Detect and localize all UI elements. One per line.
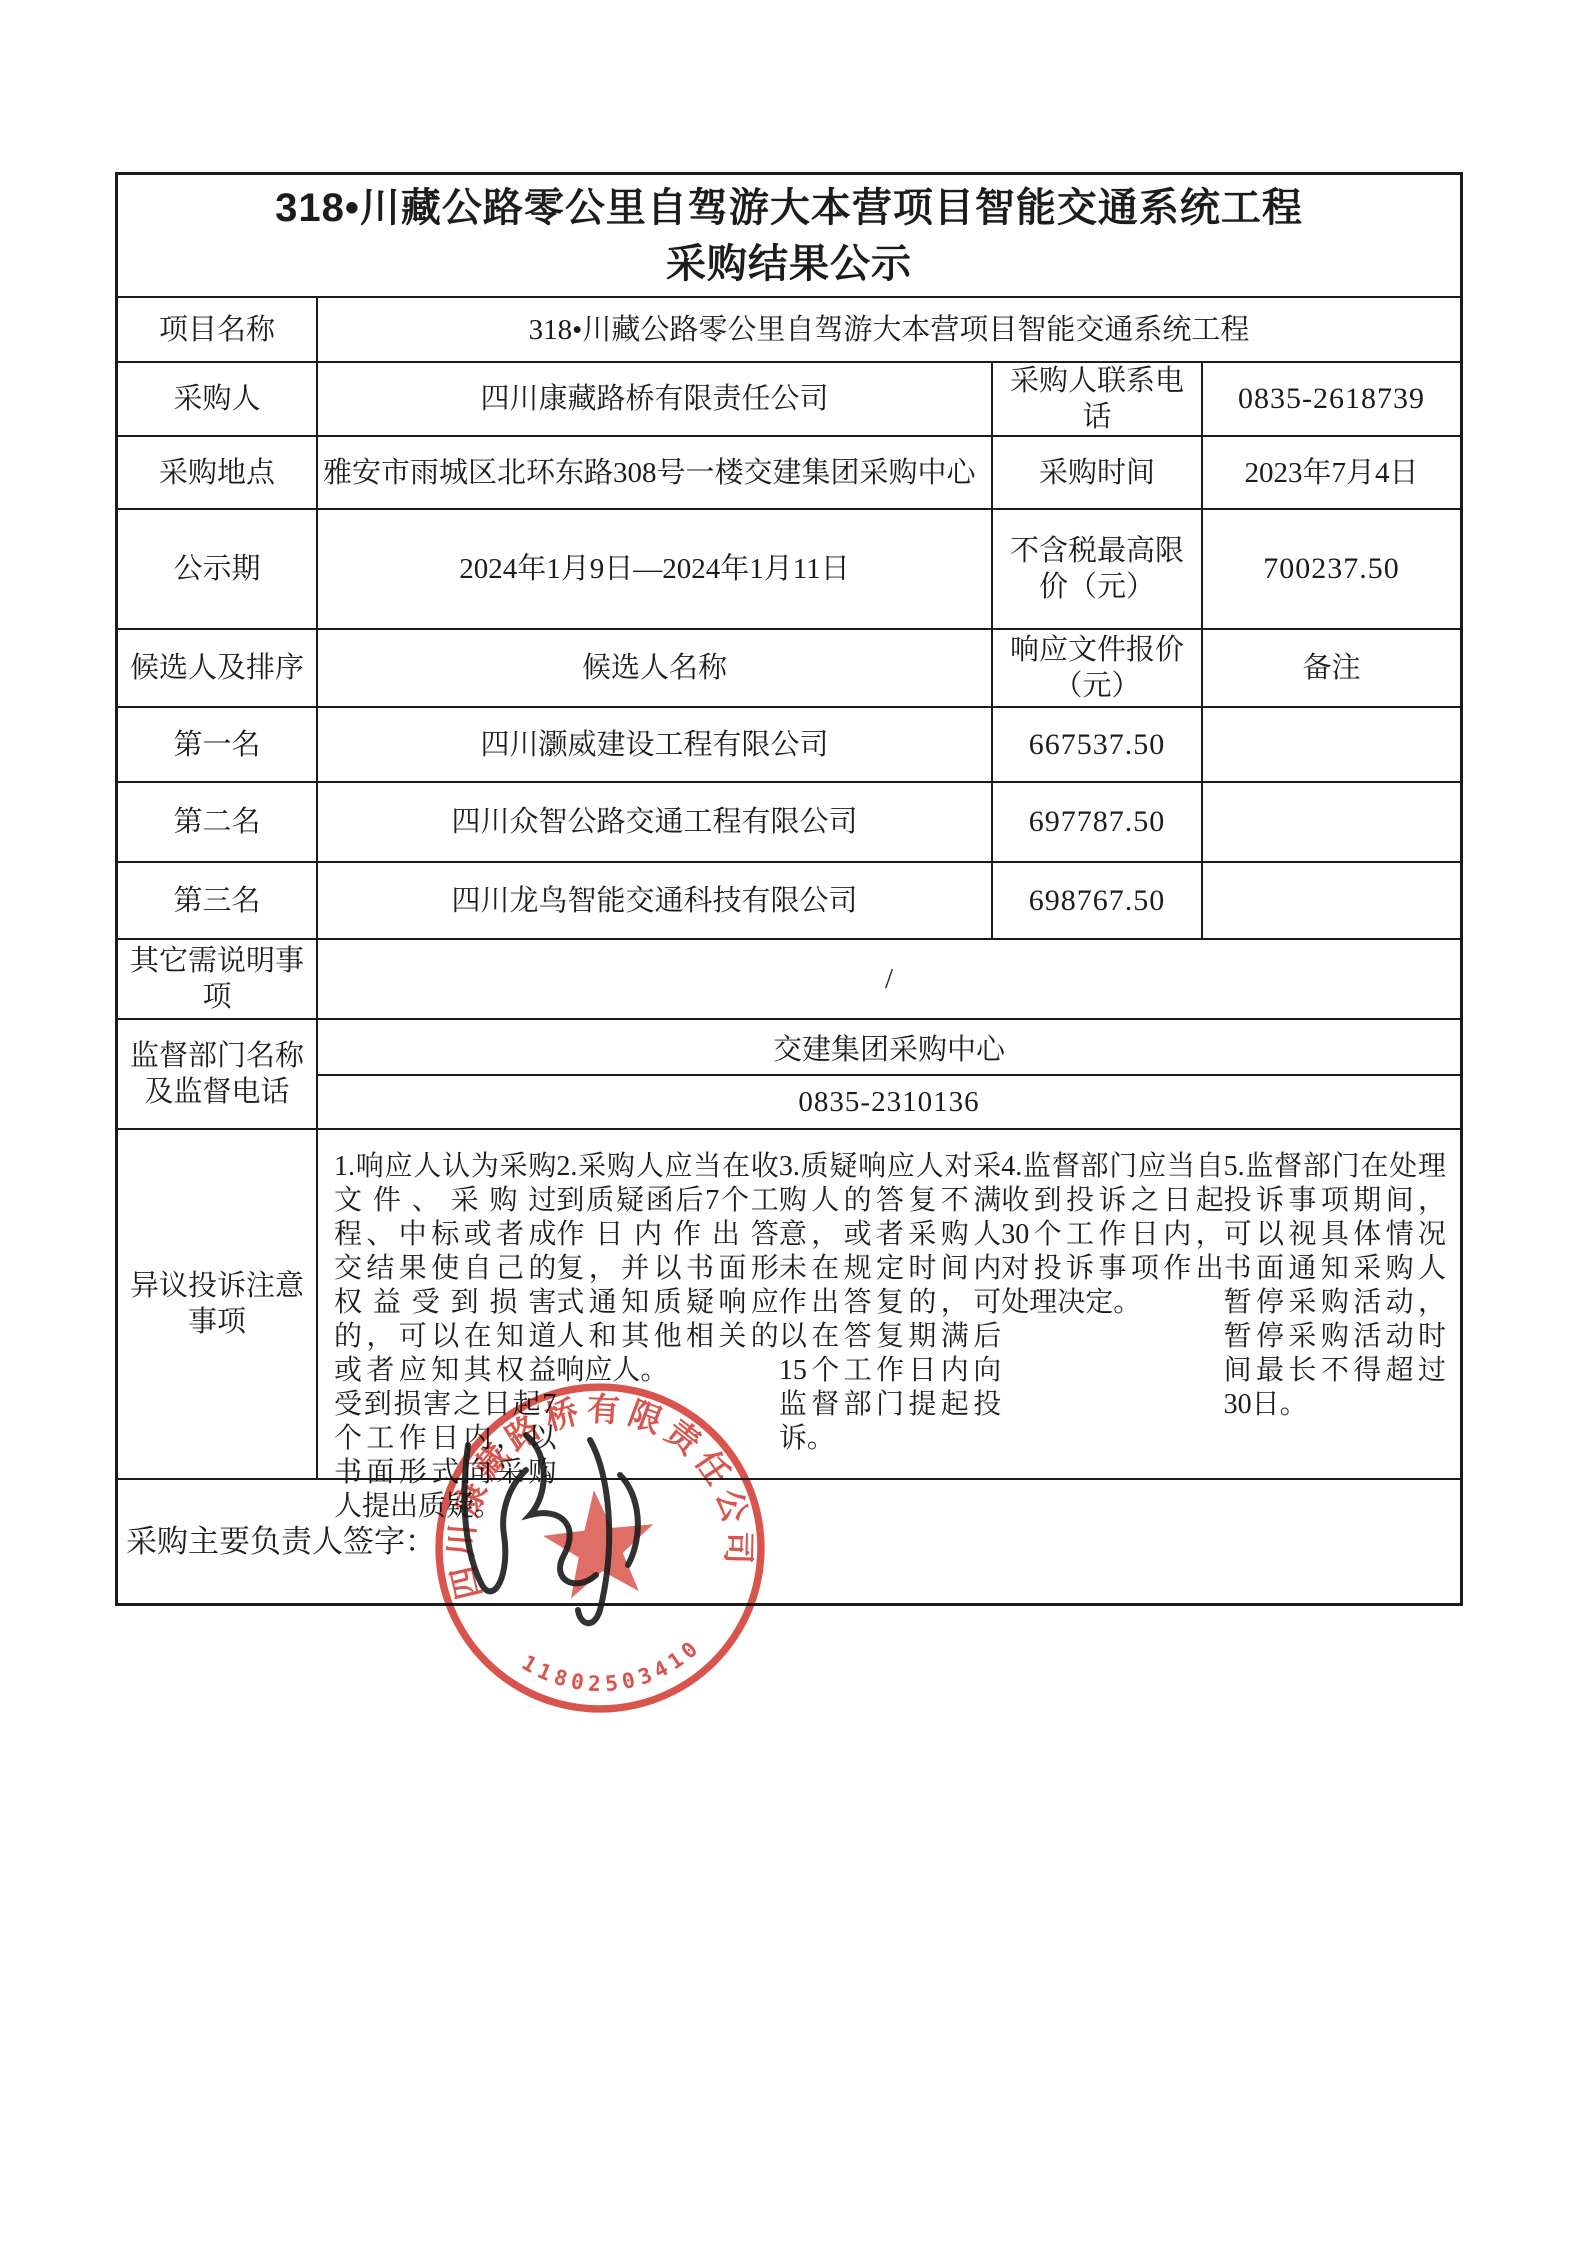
candidates-name-header: 候选人名称	[316, 630, 991, 706]
document-title: 318•川藏公路零公里自驾游大本营项目智能交通系统工程 采购结果公示	[118, 175, 1460, 296]
publicity-period-label: 公示期	[118, 510, 316, 628]
publicity-period-value: 2024年1月9日—2024年1月11日	[316, 510, 991, 628]
candidate-1-price: 667537.50	[991, 708, 1201, 781]
candidates-note-header: 备注	[1201, 630, 1460, 706]
signature-row: 采购主要负责人签字：	[118, 1478, 1460, 1603]
title-row: 318•川藏公路零公里自驾游大本营项目智能交通系统工程 采购结果公示	[118, 175, 1460, 296]
objection-item-5: 5.监督部门在处理投诉事项期间，可以视具体情况书面通知采购人暂停采购活动，暂停采…	[1224, 1150, 1446, 1422]
candidate-1-rank: 第一名	[118, 708, 316, 781]
candidate-3-rank: 第三名	[118, 863, 316, 938]
purchaser-value: 四川康藏路桥有限责任公司	[316, 363, 991, 435]
procurement-result-table: 318•川藏公路零公里自驾游大本营项目智能交通系统工程 采购结果公示 项目名称 …	[115, 172, 1463, 1606]
candidate-3-name: 四川龙鸟智能交通科技有限公司	[316, 863, 991, 938]
candidate-1-name: 四川灏威建设工程有限公司	[316, 708, 991, 781]
other-notes-value: /	[316, 940, 1460, 1018]
objection-item-2: 2.采购人应当在收到质疑函后7个工作日内作出答复，并以书面形式通知质疑响应人和其…	[556, 1150, 778, 1388]
purchaser-row: 采购人 四川康藏路桥有限责任公司 采购人联系电话 0835-2618739	[118, 361, 1460, 435]
supervision-values: 交建集团采购中心 0835-2310136	[316, 1020, 1460, 1128]
supervision-phone: 0835-2310136	[318, 1074, 1460, 1128]
candidate-3-note	[1201, 863, 1460, 938]
purchaser-label: 采购人	[118, 363, 316, 435]
candidate-3-price: 698767.50	[991, 863, 1201, 938]
project-name-label: 项目名称	[118, 298, 316, 361]
project-name-value: 318•川藏公路零公里自驾游大本营项目智能交通系统工程	[316, 298, 1460, 361]
candidate-2-note	[1201, 783, 1460, 861]
objection-row: 异议投诉注意事项 1.响应人认为采购文件、采购过程、中标或者成交结果使自己的权益…	[118, 1128, 1460, 1478]
project-name-row: 项目名称 318•川藏公路零公里自驾游大本营项目智能交通系统工程	[118, 296, 1460, 361]
supervision-dept: 交建集团采购中心	[318, 1020, 1460, 1074]
purchase-time-value: 2023年7月4日	[1201, 437, 1460, 508]
candidate-2-price: 697787.50	[991, 783, 1201, 861]
purchaser-phone-value: 0835-2618739	[1201, 363, 1460, 435]
other-notes-label: 其它需说明事项	[118, 940, 316, 1018]
max-price-label: 不含税最高限价（元）	[991, 510, 1201, 628]
supervision-label: 监督部门名称及监督电话	[118, 1020, 316, 1128]
objection-item-4: 4.监督部门应当自收到投诉之日起30个工作日内，对投诉事项作出处理决定。	[1001, 1150, 1223, 1320]
publicity-period-row: 公示期 2024年1月9日—2024年1月11日 不含税最高限价（元） 7002…	[118, 508, 1460, 628]
objection-text: 1.响应人认为采购文件、采购过程、中标或者成交结果使自己的权益受到损害的，可以在…	[316, 1130, 1460, 1478]
candidate-2-name: 四川众智公路交通工程有限公司	[316, 783, 991, 861]
title-line-2: 采购结果公示	[666, 236, 912, 292]
candidate-1-note	[1201, 708, 1460, 781]
candidate-row-2: 第二名 四川众智公路交通工程有限公司 697787.50	[118, 781, 1460, 861]
candidates-header-row: 候选人及排序 候选人名称 响应文件报价（元） 备注	[118, 628, 1460, 706]
candidate-2-rank: 第二名	[118, 783, 316, 861]
signature-label: 采购主要负责人签字：	[118, 1480, 1460, 1603]
other-notes-row: 其它需说明事项 /	[118, 938, 1460, 1018]
objection-label: 异议投诉注意事项	[118, 1130, 316, 1478]
purchaser-phone-label: 采购人联系电话	[991, 363, 1201, 435]
location-value: 雅安市雨城区北环东路308号一楼交建集团采购中心	[316, 437, 991, 508]
title-line-1: 318•川藏公路零公里自驾游大本营项目智能交通系统工程	[275, 180, 1303, 236]
purchase-time-label: 采购时间	[991, 437, 1201, 508]
supervision-row: 监督部门名称及监督电话 交建集团采购中心 0835-2310136	[118, 1018, 1460, 1128]
candidate-row-3: 第三名 四川龙鸟智能交通科技有限公司 698767.50	[118, 861, 1460, 938]
objection-item-1: 1.响应人认为采购文件、采购过程、中标或者成交结果使自己的权益受到损害的，可以在…	[334, 1150, 556, 1524]
location-label: 采购地点	[118, 437, 316, 508]
max-price-value: 700237.50	[1201, 510, 1460, 628]
candidate-row-1: 第一名 四川灏威建设工程有限公司 667537.50	[118, 706, 1460, 781]
location-row: 采购地点 雅安市雨城区北环东路308号一楼交建集团采购中心 采购时间 2023年…	[118, 435, 1460, 508]
candidates-price-header: 响应文件报价（元）	[991, 630, 1201, 706]
objection-item-3: 3.质疑响应人对采购人的答复不满意，或者采购人未在规定时间内作出答复的，可以在答…	[779, 1150, 1001, 1456]
candidates-rank-header: 候选人及排序	[118, 630, 316, 706]
